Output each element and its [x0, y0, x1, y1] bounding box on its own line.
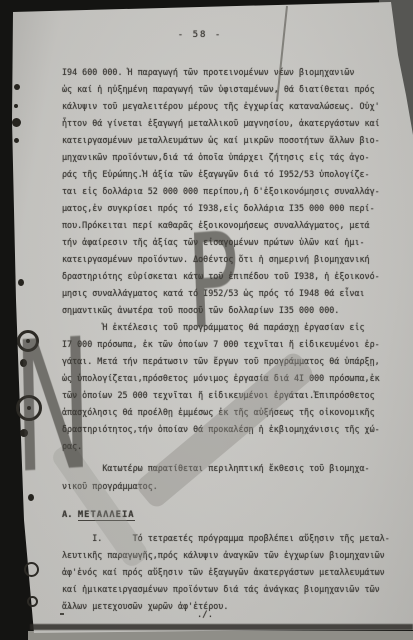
scanned-document-page: Ν Ρ - 58 - I94 600 000. Ἡ παραγωγή τῶν π… [0, 0, 413, 640]
text-line: ται εἰς δολλάρια 52 000 000 περίπου,ἡ δ'… [62, 183, 380, 200]
intro-note-paragraph: Κατωτέρω παρατίθεται περιληπτική ἔκθεσις… [62, 460, 370, 495]
punch-mark [14, 138, 19, 143]
text-line: νικοῦ προγράμματος. [62, 478, 370, 496]
punch-mark [12, 118, 21, 127]
text-line: ἀφ'ἑνός καί πρός αὔξησιν τῶν ἐξαγωγῶν ἀκ… [62, 564, 390, 581]
paper-bottom-edge [30, 624, 413, 630]
ink-speck [60, 613, 64, 615]
text-line: ὡς καί ἡ ηὐξημένη παραγωγή τῶν ὑφισταμέν… [62, 81, 380, 98]
text-line: ἧττον θά γίνεται ἐξαγωγή μεταλλικοῦ μαγν… [62, 115, 380, 132]
ink-speck [69, 607, 71, 609]
stamp-letter-p: Ρ [185, 214, 241, 348]
page-number: - 58 - [150, 30, 250, 40]
section-label: Α. [62, 510, 78, 520]
text-line: καί ἡμικατειργασμένων προϊόντων διά τάς … [62, 581, 390, 598]
punch-mark [14, 104, 18, 108]
text-line: Κατωτέρω παρατίθεται περιληπτική ἔκθεσις… [62, 460, 370, 478]
continuation-mark: ./. [160, 610, 250, 620]
text-line: κατειργασμένων μεταλλευμάτων ὡς καί μικρ… [62, 132, 380, 149]
punch-ring [27, 596, 38, 607]
text-line: ὡς ὑπολογίζεται,πρόσθετος μόνιμος ἐργασί… [62, 370, 380, 387]
text-line: ράς τῆς Εὐρώπης.Ἡ ἀξία τῶν ἐξαγωγῶν διά … [62, 166, 380, 183]
text-line: μηχανικῶν προϊόντων,διά τά ὁποῖα ὑπάρχει… [62, 149, 380, 166]
text-line: I94 600 000. Ἡ παραγωγή τῶν προτεινομένω… [62, 64, 380, 81]
text-line: λευτικῆς παραγωγῆς,πρός κάλυψιν ἀναγκῶν … [62, 547, 390, 564]
punch-ring [24, 562, 39, 577]
punch-mark [18, 279, 24, 286]
stamp-letter-n: Ν [12, 315, 94, 500]
punch-mark [14, 84, 20, 90]
text-line: κάλυψιν τοῦ μεγαλειτέρου μέρους τῆς ἐγχω… [62, 98, 380, 115]
text-line: τῶν ὁποίων 25 000 τεχνῖται ἤ εἰδικευμένο… [62, 387, 380, 404]
